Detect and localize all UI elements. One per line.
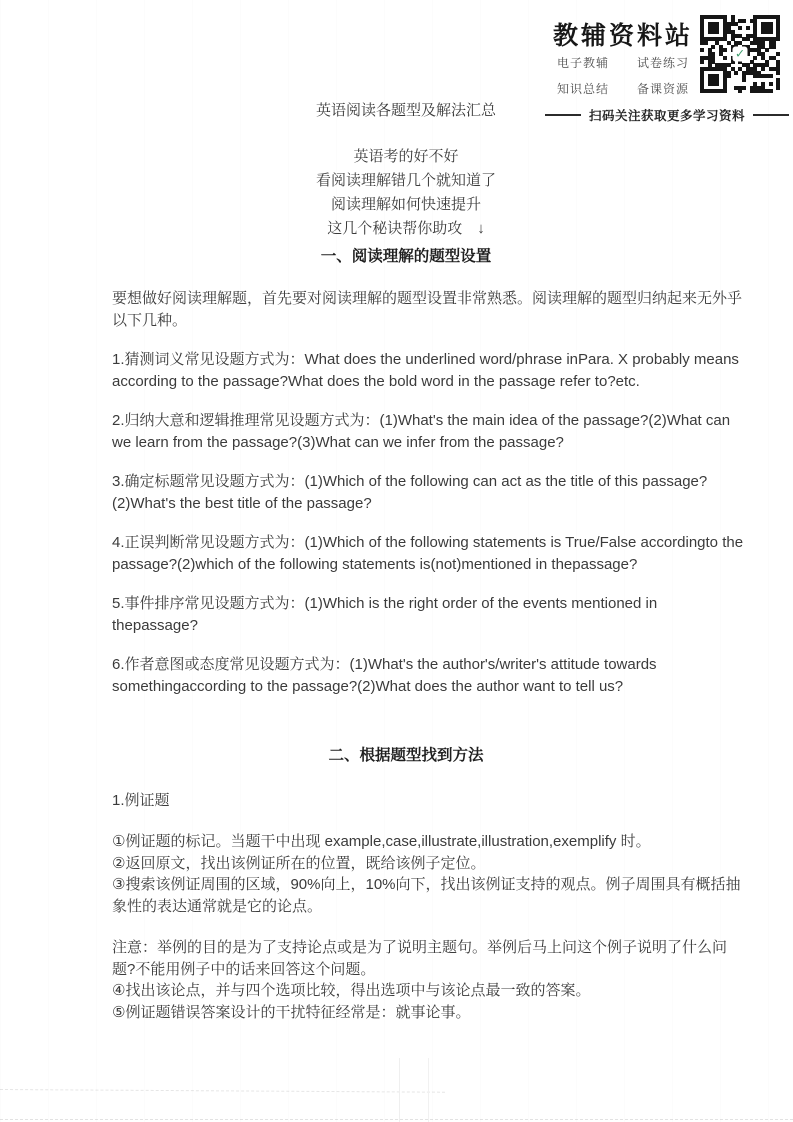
- note-block: 注意：举例的目的是为了支持论点或是为了说明主题句。举例后马上问这个例子说明了什么…: [112, 937, 744, 1023]
- intro-line: 这几个秘诀帮你助攻 ↓: [90, 217, 722, 241]
- section1-heading: 一、阅读理解的题型设置: [90, 244, 722, 266]
- subsection-title: 1.例证题: [112, 790, 744, 812]
- scan-artifact-line: [399, 1058, 400, 1122]
- question-type-item: 6.作者意图或态度常见设题方式为：(1)What's the author's/…: [112, 654, 744, 697]
- method-steps: ①例证题的标记。当题干中出现 example,case,illustrate,i…: [112, 831, 744, 917]
- question-type-item: 2.归纳大意和逻辑推理常见设题方式为：(1)What's the main id…: [112, 410, 744, 453]
- scan-artifact-line: [428, 1058, 429, 1122]
- qr-logo-check-icon: ✓: [733, 47, 748, 62]
- question-type-list: 1.猜测词义常见设题方式为：What does the underlined w…: [112, 349, 744, 715]
- step-item: ④找出该论点，并与四个选项比较，得出选项中与该论点最一致的答案。: [112, 980, 744, 1002]
- question-type-item: 1.猜测词义常见设题方式为：What does the underlined w…: [112, 349, 744, 392]
- brand-tag: 试卷练习: [637, 54, 689, 71]
- brand-tag: 电子教辅: [557, 54, 609, 71]
- doc-title: 英语阅读各题型及解法汇总: [90, 99, 722, 120]
- section1-lead: 要想做好阅读理解题，首先要对阅读理解的题型设置非常熟悉。阅读理解的题型归纳起来无…: [112, 288, 744, 331]
- brand-tags: 电子教辅 试卷练习 知识总结 备课资源: [557, 54, 689, 97]
- intro-block: 英语考的好不好 看阅读理解错几个就知道了 阅读理解如何快速提升 这几个秘诀帮你助…: [90, 145, 722, 241]
- step-item: ②返回原文，找出该例证所在的位置，既给该例子定位。: [112, 853, 744, 875]
- intro-line: 看阅读理解错几个就知道了: [90, 169, 722, 193]
- brand-tag: 备课资源: [637, 80, 689, 97]
- document-page: 教辅资料站 电子教辅 试卷练习 知识总结 备课资源 ✓ 扫码关注获取更多学习资料…: [0, 0, 793, 1122]
- note-paragraph: 注意：举例的目的是为了支持论点或是为了说明主题句。举例后马上问这个例子说明了什么…: [112, 937, 744, 980]
- question-type-item: 4.正误判断常见设题方式为：(1)Which of the following …: [112, 532, 744, 575]
- scan-artifact-line: [0, 1119, 793, 1120]
- section2-heading: 二、根据题型找到方法: [90, 743, 722, 765]
- question-type-item: 3.确定标题常见设题方式为：(1)Which of the following …: [112, 471, 744, 514]
- step-item: ③搜索该例证周围的区域，90%向上，10%向下，找出该例证支持的观点。例子周围具…: [112, 874, 744, 917]
- intro-line: 英语考的好不好: [90, 145, 722, 169]
- scan-artifact-line: [0, 1089, 445, 1093]
- intro-line: 阅读理解如何快速提升: [90, 193, 722, 217]
- step-item: ⑤例证题错误答案设计的干扰特征经常是：就事论事。: [112, 1002, 744, 1024]
- brand-logo-text: 教辅资料站: [553, 16, 693, 52]
- qr-code: ✓: [700, 15, 780, 93]
- dash-line-icon: [753, 114, 789, 116]
- step-item: ①例证题的标记。当题干中出现 example,case,illustrate,i…: [112, 831, 744, 853]
- question-type-item: 5.事件排序常见设题方式为：(1)Which is the right orde…: [112, 593, 744, 636]
- brand-tag: 知识总结: [557, 80, 609, 97]
